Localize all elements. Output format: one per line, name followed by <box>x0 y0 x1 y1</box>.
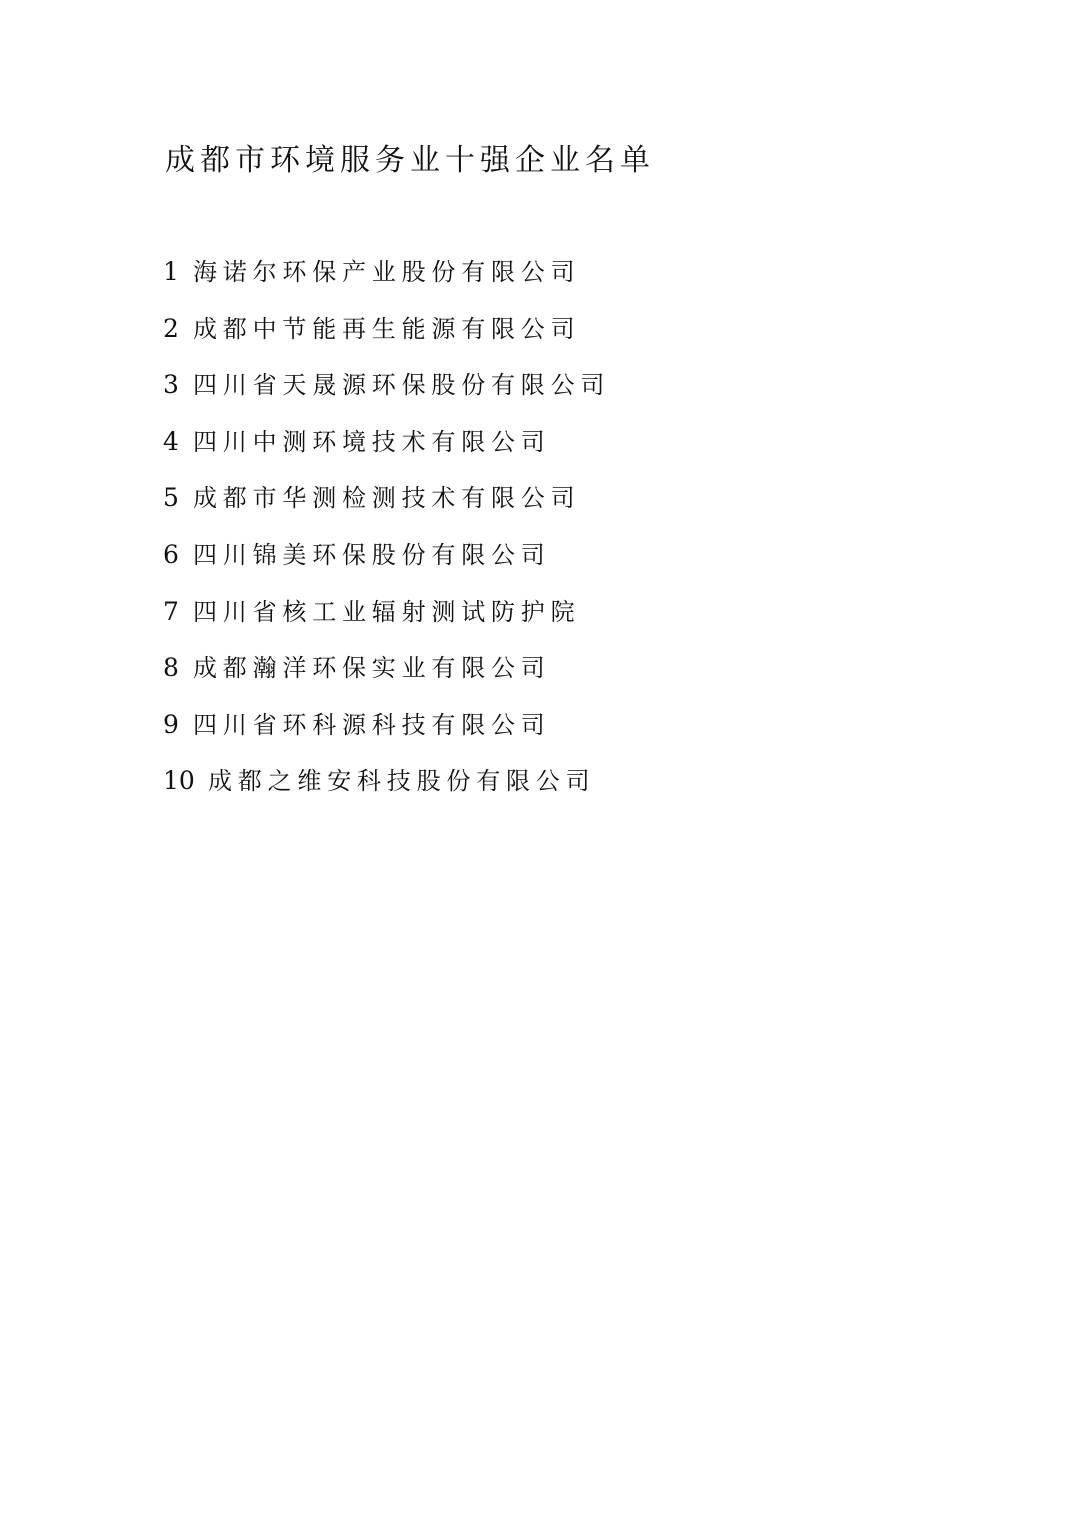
list-item: 8 成都瀚洋环保实业有限公司 <box>163 649 610 706</box>
item-number: 6 <box>163 536 193 574</box>
company-name: 四川省天晟源环保股份有限公司 <box>193 366 610 404</box>
company-name: 成都中节能再生能源有限公司 <box>193 310 580 348</box>
company-name: 四川省核工业辐射测试防护院 <box>193 593 580 631</box>
list-item: 7 四川省核工业辐射测试防护院 <box>163 593 610 650</box>
item-number: 5 <box>163 479 193 517</box>
document-page: 成都市环境服务业十强企业名单 1 海诺尔环保产业股份有限公司 2 成都中节能再生… <box>0 0 1080 1527</box>
company-name: 四川省环科源科技有限公司 <box>193 706 551 744</box>
list-item: 1 海诺尔环保产业股份有限公司 <box>163 253 610 310</box>
item-number: 3 <box>163 366 193 404</box>
item-number: 1 <box>163 253 193 291</box>
item-number: 10 <box>163 762 208 800</box>
item-number: 2 <box>163 310 193 348</box>
company-name: 成都瀚洋环保实业有限公司 <box>193 649 551 687</box>
document-title: 成都市环境服务业十强企业名单 <box>165 141 655 181</box>
company-name: 成都之维安科技股份有限公司 <box>208 762 595 800</box>
list-item: 3 四川省天晟源环保股份有限公司 <box>163 366 610 423</box>
list-item: 4 四川中测环境技术有限公司 <box>163 423 610 480</box>
company-name: 成都市华测检测技术有限公司 <box>193 479 580 517</box>
list-item: 9 四川省环科源科技有限公司 <box>163 706 610 763</box>
item-number: 7 <box>163 593 193 631</box>
company-name: 四川锦美环保股份有限公司 <box>193 536 551 574</box>
item-number: 9 <box>163 706 193 744</box>
list-item: 6 四川锦美环保股份有限公司 <box>163 536 610 593</box>
item-number: 4 <box>163 423 193 461</box>
list-item: 5 成都市华测检测技术有限公司 <box>163 479 610 536</box>
company-name: 四川中测环境技术有限公司 <box>193 423 551 461</box>
list-item: 2 成都中节能再生能源有限公司 <box>163 310 610 367</box>
company-name: 海诺尔环保产业股份有限公司 <box>193 253 580 291</box>
list-item: 10 成都之维安科技股份有限公司 <box>163 762 610 819</box>
item-number: 8 <box>163 649 193 687</box>
company-list: 1 海诺尔环保产业股份有限公司 2 成都中节能再生能源有限公司 3 四川省天晟源… <box>163 253 610 819</box>
